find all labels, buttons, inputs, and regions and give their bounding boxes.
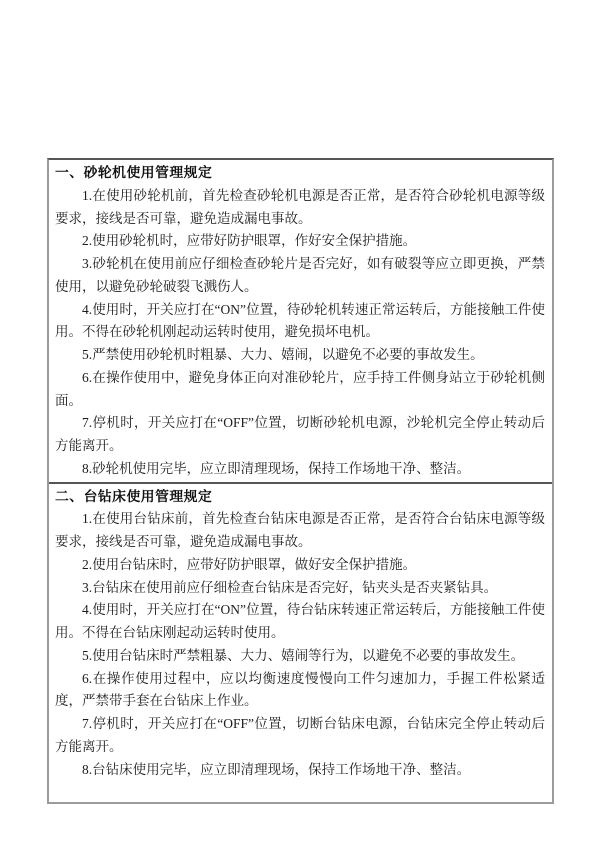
rule-item: 5.使用台钻床时严禁粗暴、大力、嬉闹等行为，以避免不必要的事故发生。 [55, 645, 545, 668]
rule-item: 1.在使用砂轮机前，首先检查砂轮机电源是否正常，是否符合砂轮机电源等级要求，接线… [55, 185, 545, 231]
rule-item: 3.砂轮机在使用前应仔细检查砂轮片是否完好，如有破裂等应立即更换，严禁使用，以避… [55, 253, 545, 299]
document-page: 一、砂轮机使用管理规定 1.在使用砂轮机前，首先检查砂轮机电源是否正常，是否符合… [0, 0, 600, 850]
rule-item: 2.使用砂轮机时，应带好防护眼罩，作好安全保护措施。 [55, 230, 545, 253]
section-heading-grinder: 一、砂轮机使用管理规定 [55, 162, 545, 185]
rule-item: 4.使用时，开关应打在“ON”位置，待砂轮机转速正常运转后，方能接触工件使用。不… [55, 299, 545, 345]
rule-item: 2.使用台钻床时，应带好防护眼罩，做好安全保护措施。 [55, 554, 545, 577]
rule-item: 6.在操作使用过程中，应以均衡速度慢慢向工件匀速加力，手握工件松紧适度，严禁带手… [55, 668, 545, 714]
section-drill-rules: 二、台钻床使用管理规定 1.在使用台钻床前，首先检查台钻床电源是否正常，是否符合… [49, 482, 552, 782]
rule-item: 3.台钻床在使用前应仔细检查台钻床是否完好，钻夹头是否夹紧钻具。 [55, 577, 545, 600]
rule-item: 7.停机时，开关应打在“OFF”位置，切断台钻床电源，台钻床完全停止转动后方能离… [55, 713, 545, 759]
rule-item: 4.使用时，开关应打在“ON”位置，待台钻床转速正常运转后，方能接触工件使用。不… [55, 599, 545, 645]
rule-item: 7.停机时，开关应打在“OFF”位置，切断砂轮机电源，沙轮机完全停止转动后方能离… [55, 412, 545, 458]
rule-item: 5.严禁使用砂轮机时粗暴、大力、嬉闹，以避免不必要的事故发生。 [55, 344, 545, 367]
rule-item: 1.在使用台钻床前，首先检查台钻床电源是否正常，是否符合台钻床电源等级要求，接线… [55, 508, 545, 554]
regulations-table: 一、砂轮机使用管理规定 1.在使用砂轮机前，首先检查砂轮机电源是否正常，是否符合… [47, 158, 554, 804]
section-heading-drill: 二、台钻床使用管理规定 [55, 486, 545, 509]
rule-item: 8.砂轮机使用完毕，应立即清理现场，保持工作场地干净、整洁。 [55, 458, 545, 481]
rule-item: 6.在操作使用中，避免身体正向对准砂轮片，应手持工件侧身站立于砂轮机侧面。 [55, 367, 545, 413]
rule-item: 8.台钻床使用完毕，应立即清理现场，保持工作场地干净、整洁。 [55, 759, 545, 782]
section-grinder-rules: 一、砂轮机使用管理规定 1.在使用砂轮机前，首先检查砂轮机电源是否正常，是否符合… [49, 160, 552, 481]
